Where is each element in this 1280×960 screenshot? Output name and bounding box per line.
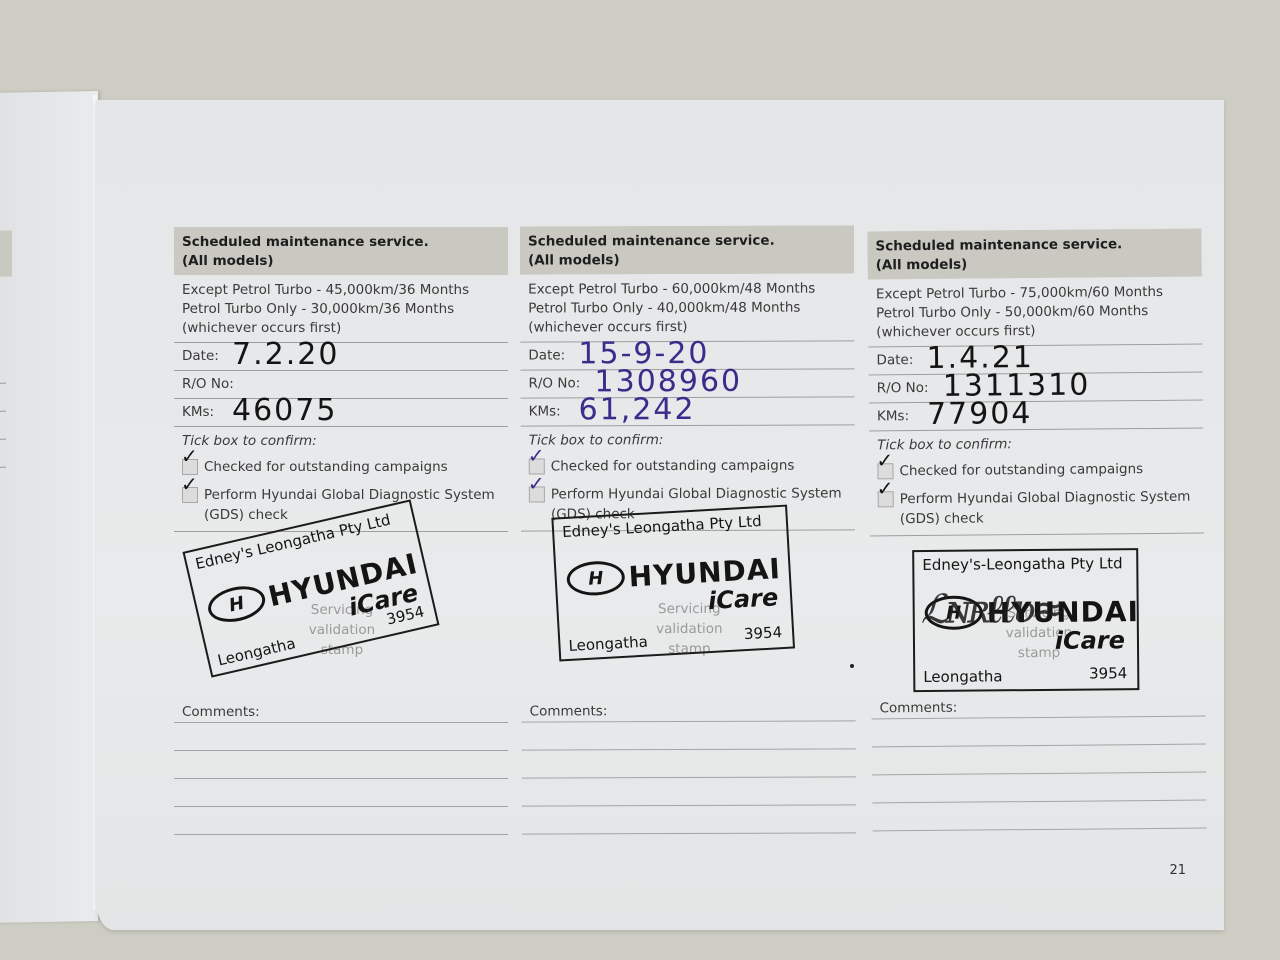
stamp-town: Leongatha: [568, 633, 648, 655]
interval-except-turbo: Except Petrol Turbo - 60,000km/48 Months: [528, 279, 846, 299]
tick-box-instruction: Tick box to confirm:: [869, 429, 1203, 454]
kms-handwritten-value: 46075: [232, 391, 337, 431]
ro-number-field[interactable]: R/O No: 1311310: [869, 373, 1203, 404]
service-title: Scheduled maintenance service.: [182, 233, 500, 252]
comment-line[interactable]: [522, 748, 856, 750]
ro-label: R/O No:: [877, 380, 929, 396]
interval-turbo-only: Petrol Turbo Only - 30,000km/36 Months: [182, 300, 500, 319]
stamp-dealer-name: Edney's-Leongatha Pty Ltd: [922, 554, 1123, 574]
stamp-dealer-name: Edney's Leongatha Pty Ltd: [562, 512, 762, 541]
date-label: Date:: [528, 347, 565, 363]
service-interval: Except Petrol Turbo - 60,000km/48 Months…: [520, 273, 854, 342]
gds-checkbox-label: Perform Hyundai Global Diagnostic System…: [900, 487, 1196, 530]
interval-turbo-only: Petrol Turbo Only - 50,000km/60 Months: [876, 302, 1194, 324]
comment-line[interactable]: [174, 806, 508, 807]
check-mark-icon: ✓: [876, 450, 893, 470]
comment-line[interactable]: [872, 800, 1206, 804]
previous-page-rule: [0, 467, 6, 468]
campaigns-checkbox-row[interactable]: ✓ Checked for outstanding campaigns: [521, 447, 855, 476]
interval-except-turbo: Except Petrol Turbo - 45,000km/36 Months: [182, 281, 500, 300]
stamp-area: Servicing validation stamp Edney's Leong…: [174, 532, 508, 702]
comments-section[interactable]: Comments:: [174, 702, 508, 835]
comment-line[interactable]: [522, 832, 856, 834]
ro-number-field[interactable]: R/O No:: [174, 371, 508, 399]
check-mark-icon: ✓: [528, 474, 545, 494]
previous-page-header-band: [0, 231, 12, 277]
service-subtitle: (All models): [876, 254, 1194, 276]
dealer-stamp: Edney's Leongatha Pty Ltd H HYUNDAI iCar…: [551, 505, 795, 662]
kms-label: KMs:: [877, 408, 909, 424]
comments-section[interactable]: Comments:: [871, 696, 1206, 832]
campaigns-checkbox-row[interactable]: ✓ Checked for outstanding campaigns: [869, 451, 1203, 482]
gds-checkbox[interactable]: ✓: [878, 491, 894, 507]
date-handwritten-value: 7.2.20: [232, 335, 339, 375]
service-header: Scheduled maintenance service. (All mode…: [520, 225, 854, 274]
comments-label: Comments:: [174, 702, 508, 722]
stamp-area: Servicing validation stamp Edney's Leong…: [521, 530, 856, 701]
comment-line[interactable]: [872, 772, 1206, 776]
stamp-program: iCare: [707, 583, 779, 615]
interval-turbo-only: Petrol Turbo Only - 40,000km/48 Months: [528, 298, 846, 318]
interval-note: (whichever occurs first): [182, 319, 500, 338]
campaigns-checkbox-row[interactable]: ✓ Checked for outstanding campaigns: [174, 449, 508, 477]
stamp-area: Servicing validation stamp Edney's-Leong…: [870, 534, 1205, 707]
campaigns-checkbox-label: Checked for outstanding campaigns: [899, 459, 1143, 481]
comment-line[interactable]: [174, 778, 508, 779]
gds-checkbox-row[interactable]: ✓ Perform Hyundai Global Diagnostic Syst…: [870, 479, 1204, 530]
comment-line[interactable]: [174, 834, 508, 835]
kms-handwritten-value: 61,242: [579, 390, 696, 430]
service-entry-45000: Scheduled maintenance service. (All mode…: [174, 227, 508, 835]
service-header: Scheduled maintenance service. (All mode…: [174, 227, 508, 275]
comment-line[interactable]: [174, 722, 508, 723]
gds-checkbox[interactable]: ✓: [182, 487, 198, 503]
check-mark-icon: ✓: [181, 474, 198, 494]
campaigns-checkbox-label: Checked for outstanding campaigns: [551, 456, 795, 477]
hyundai-logo-icon: H: [566, 560, 626, 597]
service-entry-60000: Scheduled maintenance service. (All mode…: [520, 225, 856, 834]
date-field[interactable]: Date: 7.2.20: [174, 343, 508, 371]
check-mark-icon: ✓: [877, 478, 894, 498]
date-label: Date:: [182, 348, 219, 364]
kms-handwritten-value: 77904: [927, 394, 1033, 435]
comments-section[interactable]: Comments:: [522, 700, 856, 834]
service-interval: Except Petrol Turbo - 75,000km/60 Months…: [868, 277, 1203, 348]
handwritten-signature: ℒɴʀℓℓʋ≈: [920, 585, 1061, 633]
comment-line[interactable]: [174, 750, 508, 751]
stamp-town: Leongatha: [923, 667, 1002, 686]
stamp-postcode: 3954: [1089, 664, 1127, 682]
comment-line[interactable]: [872, 744, 1206, 748]
service-entry-75000: Scheduled maintenance service. (All mode…: [867, 229, 1206, 832]
tick-box-instruction: Tick box to confirm:: [174, 427, 508, 449]
previous-page: [0, 91, 98, 923]
stamp-town: Leongatha: [216, 634, 297, 669]
service-title: Scheduled maintenance service.: [528, 231, 846, 251]
interval-note: (whichever occurs first): [876, 321, 1194, 343]
check-mark-icon: ✓: [528, 446, 545, 466]
stamp-program: iCare: [1055, 626, 1125, 655]
service-interval: Except Petrol Turbo - 45,000km/36 Months…: [174, 275, 508, 343]
comment-line[interactable]: [873, 828, 1207, 832]
dealer-stamp: Edney's Leongatha Pty Ltd H HYUNDAI iCar…: [182, 499, 439, 677]
page-number: 21: [1169, 863, 1186, 878]
service-log-page: Scheduled maintenance service. (All mode…: [96, 100, 1224, 930]
comments-label: Comments:: [522, 700, 856, 721]
kms-field[interactable]: KMs: 77904: [869, 401, 1203, 432]
comment-line[interactable]: [522, 776, 856, 778]
previous-page-rule: [0, 383, 6, 384]
service-subtitle: (All models): [182, 252, 500, 271]
service-header: Scheduled maintenance service. (All mode…: [867, 229, 1201, 280]
stamp-postcode: 3954: [743, 623, 782, 643]
check-mark-icon: ✓: [181, 446, 198, 466]
previous-page-rule: [0, 439, 6, 440]
comment-line[interactable]: [522, 804, 856, 806]
gds-checkbox[interactable]: ✓: [529, 486, 545, 502]
previous-page-rule: [0, 411, 6, 412]
kms-field[interactable]: KMs: 46075: [174, 399, 508, 427]
hyundai-logo-icon: H: [205, 581, 269, 627]
kms-label: KMs:: [182, 404, 214, 420]
kms-field[interactable]: KMs: 61,242: [521, 397, 855, 426]
ro-label: R/O No:: [528, 375, 580, 391]
date-label: Date:: [876, 352, 913, 368]
ro-label: R/O No:: [182, 376, 234, 392]
campaigns-checkbox-label: Checked for outstanding campaigns: [204, 457, 448, 477]
ink-dot: [850, 664, 854, 668]
kms-label: KMs:: [529, 403, 561, 419]
service-subtitle: (All models): [528, 250, 846, 270]
